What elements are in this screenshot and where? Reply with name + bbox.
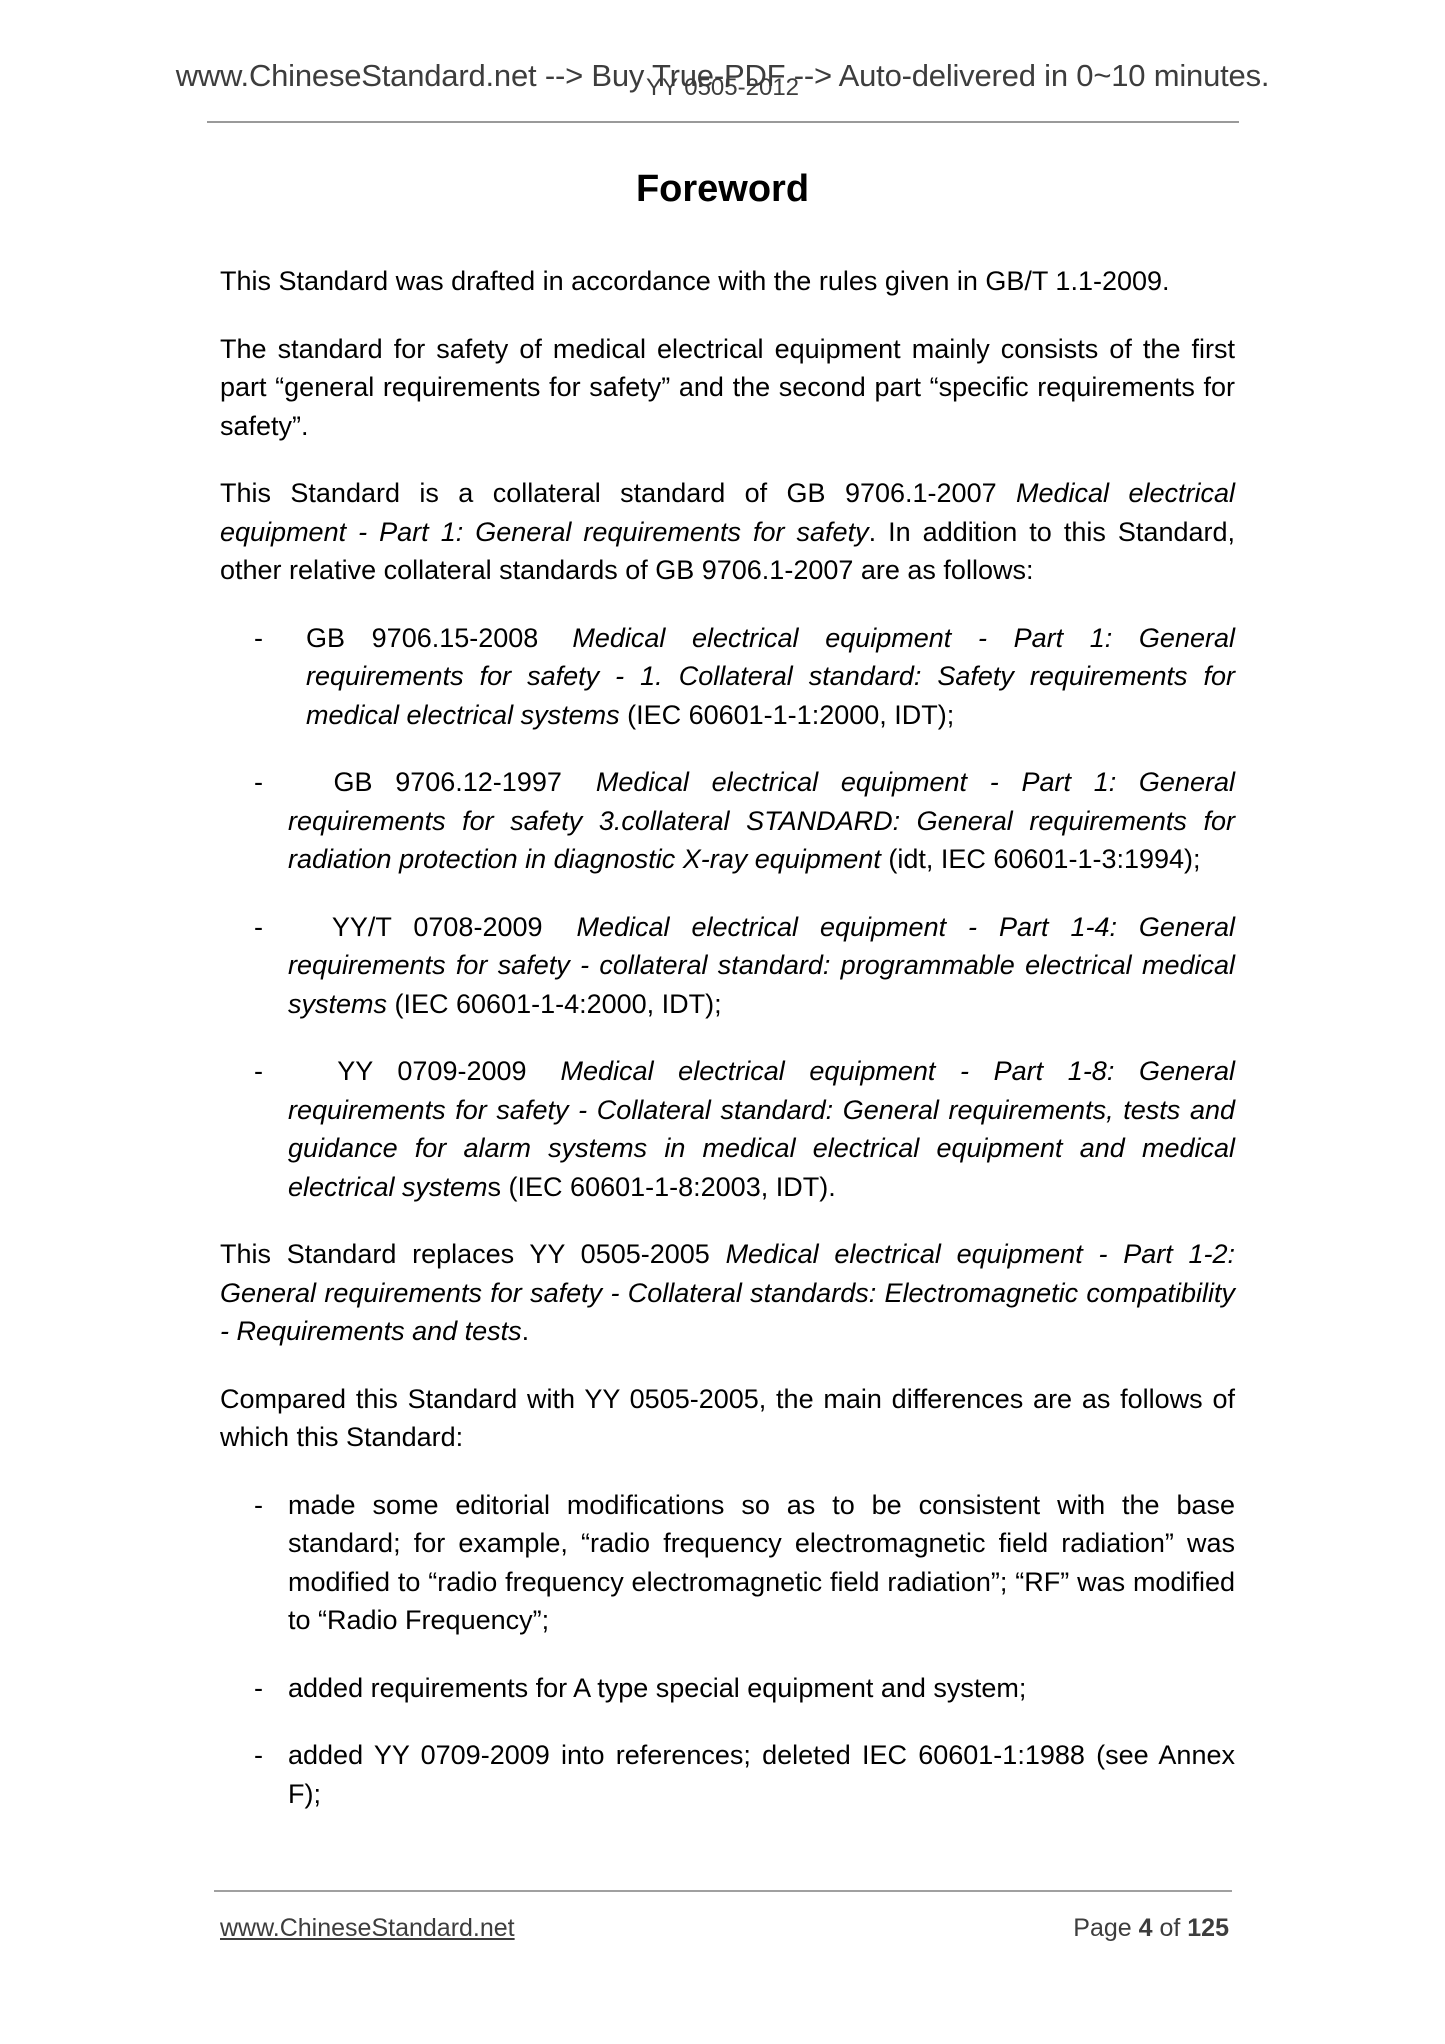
text: . xyxy=(522,1316,530,1346)
paragraph: This Standard is a collateral standard o… xyxy=(220,474,1235,590)
document-body: This Standard was drafted in accordance … xyxy=(220,262,1235,1842)
page-number: Page 4 of 125 xyxy=(1073,1914,1229,1943)
standard-ref: (idt, IEC 60601-1-3:1994); xyxy=(881,844,1201,874)
difference-text: added YY 0709-2009 into references; dele… xyxy=(288,1740,1235,1809)
text: This Standard replaces YY 0505-2005 xyxy=(220,1239,726,1269)
page-of: of xyxy=(1153,1914,1188,1942)
page-total: 125 xyxy=(1187,1914,1229,1942)
bullet-dash: - xyxy=(254,1486,263,1525)
footer-website-link[interactable]: www.ChineseStandard.net xyxy=(220,1914,515,1943)
difference-text: added requirements for A type special eq… xyxy=(288,1673,1026,1703)
page-title: Foreword xyxy=(0,168,1445,211)
page-current: 4 xyxy=(1139,1914,1153,1942)
document-code: YY 0505-2012 xyxy=(0,74,1445,102)
list-item: -made some editorial modifications so as… xyxy=(220,1486,1235,1640)
list-item: - GB 9706.12-1997Medical electrical equi… xyxy=(220,763,1235,879)
list-item: - YY 0709-2009Medical electrical equipme… xyxy=(220,1052,1235,1206)
bullet-dash: - xyxy=(254,1736,263,1775)
list-item: -added YY 0709-2009 into references; del… xyxy=(220,1736,1235,1813)
standard-code: GB 9706.15-2008 xyxy=(306,623,538,653)
paragraph: Compared this Standard with YY 0505-2005… xyxy=(220,1380,1235,1457)
difference-text: made some editorial modifications so as … xyxy=(288,1490,1235,1636)
standard-code: YY/T 0708-2009 xyxy=(332,912,543,942)
bullet-dash: - xyxy=(254,908,263,947)
footer-divider xyxy=(214,1890,1232,1892)
page-label: Page xyxy=(1073,1914,1138,1942)
standard-ref: (IEC 60601-1-1:2000, IDT); xyxy=(620,700,955,730)
header-divider xyxy=(207,121,1239,123)
text: This Standard is a collateral standard o… xyxy=(220,478,1016,508)
bullet-dash: - xyxy=(254,619,263,658)
list-item: -added requirements for A type special e… xyxy=(220,1669,1235,1708)
standard-code: GB 9706.12-1997 xyxy=(333,767,561,797)
standard-ref: s (IEC 60601-1-8:2003, IDT). xyxy=(488,1172,836,1202)
paragraph: This Standard was drafted in accordance … xyxy=(220,262,1235,301)
list-item: - YY/T 0708-2009Medical electrical equip… xyxy=(220,908,1235,1024)
standard-ref: (IEC 60601-1-4:2000, IDT); xyxy=(387,989,722,1019)
standard-code: YY 0709-2009 xyxy=(337,1056,526,1086)
list-item: -GB 9706.15-2008Medical electrical equip… xyxy=(220,619,1235,735)
paragraph: This Standard replaces YY 0505-2005 Medi… xyxy=(220,1235,1235,1351)
paragraph: The standard for safety of medical elect… xyxy=(220,330,1235,446)
bullet-dash: - xyxy=(254,1052,263,1091)
bullet-dash: - xyxy=(254,763,263,802)
bullet-dash: - xyxy=(254,1669,263,1708)
